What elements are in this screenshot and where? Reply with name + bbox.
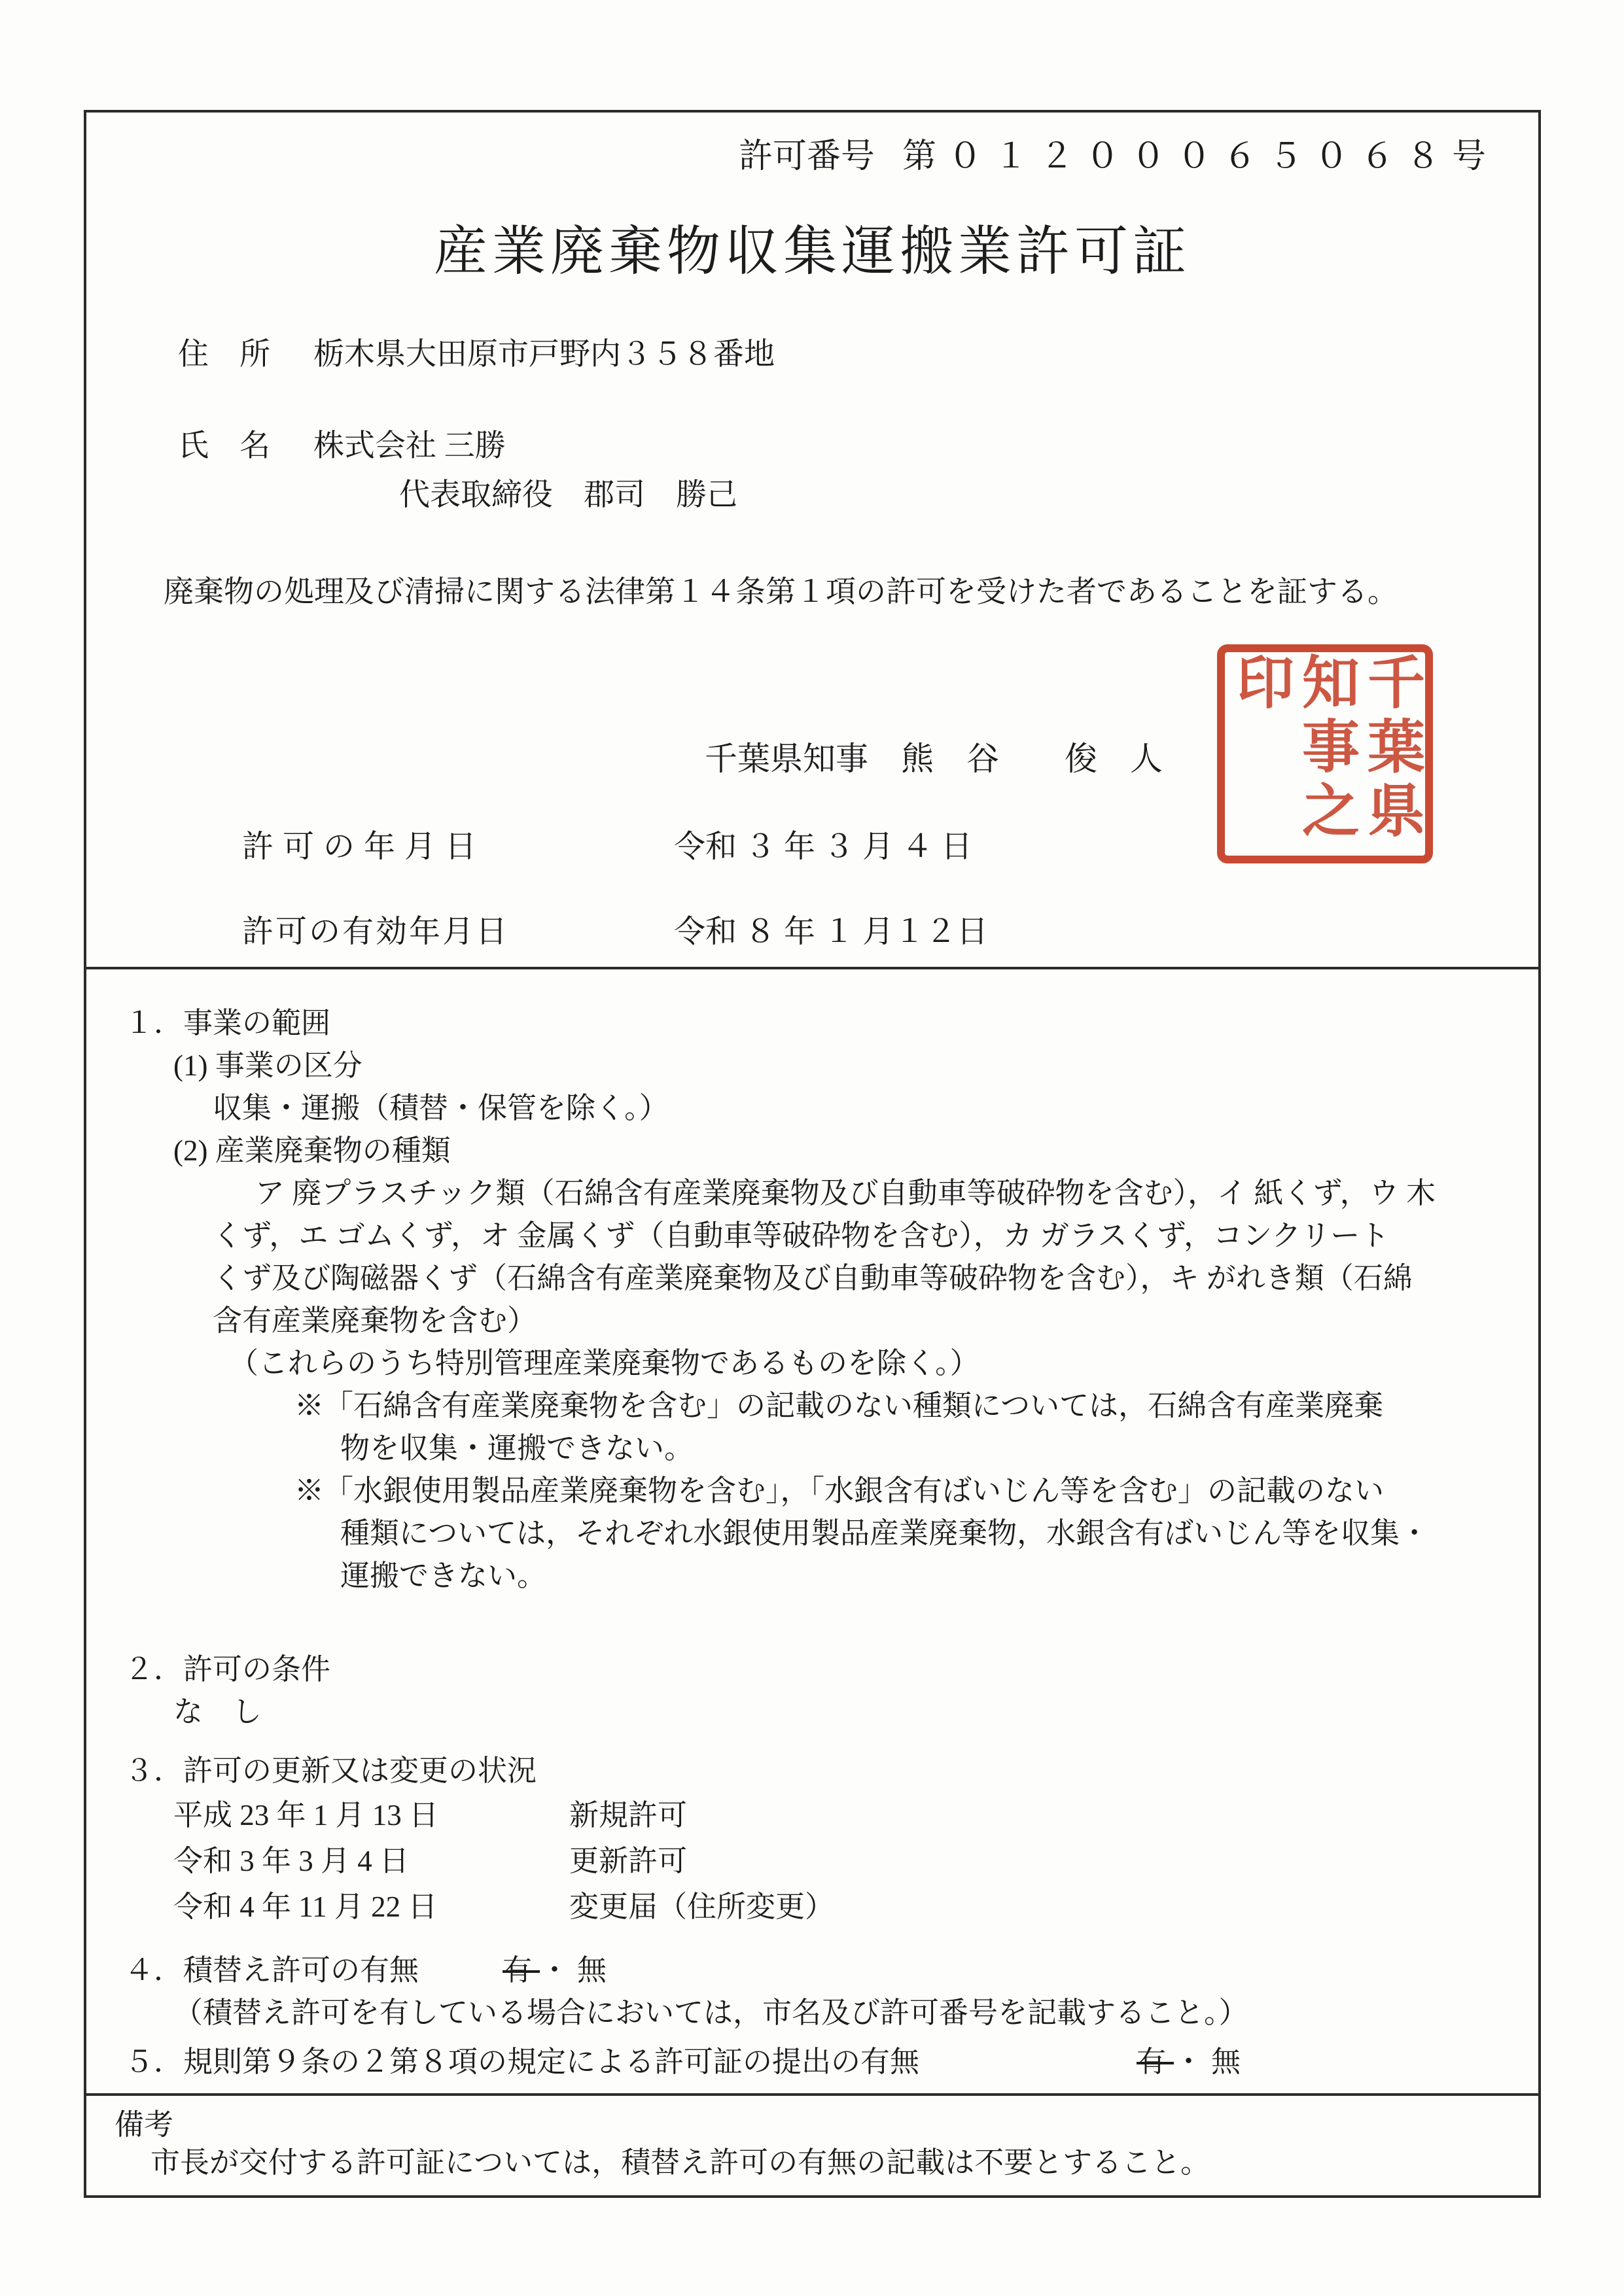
issuer-governor-line: 千葉県知事 熊 谷 俊 人 (705, 739, 1163, 778)
option-yes-struck: 有 (1137, 2045, 1174, 2078)
governor-seal-stamp: 千葉県知事之印 (1217, 644, 1433, 863)
expiry-date-row: 許可の有効年月日令和 ８ 年 １ 月１２日 (242, 913, 988, 952)
section2-value: な し (86, 1691, 1538, 1733)
history-date: 令和 4 年 11 月 22 日 (173, 1884, 569, 1930)
history-event: 変更届（住所変更） (569, 1890, 834, 1923)
remarks-label: 備考 (86, 2106, 1538, 2144)
section5-row: ５．規則第９条の２第８項の規定による許可証の提出の有無有・無 (86, 2041, 1538, 2083)
section5-heading: ５．規則第９条の２第８項の規定による許可証の提出の有無 (124, 2045, 919, 2078)
certification-text: 廃棄物の処理及び清掃に関する法律第１４条第１項の許可を受けた者であることを証する… (164, 572, 1398, 612)
remarks-text: 市長が交付する許可証については，積替え許可の有無の記載は不要とすること。 (86, 2144, 1538, 2182)
exclusion-note: （これらのうち特別管理産業廃棄物であるものを除く。） (86, 1342, 1538, 1385)
submission-yes-no: 有・無 (1137, 2045, 1248, 2078)
option-separator: ・ (1174, 2045, 1211, 2078)
permit-number-label: 許可番号 (739, 138, 875, 175)
history-event: 新規許可 (569, 1799, 687, 1832)
remarks-section: 備考 市長が交付する許可証については，積替え許可の有無の記載は不要とすること。 (86, 2093, 1538, 2195)
scanned-permit-page: 許可番号第０１２０００６５０６８号 産業廃棄物収集運搬業許可証 住 所栃木県大田… (0, 0, 1624, 2296)
permit-date-row: 許可の年月日令和 ３ 年 ３ 月 ４ 日 (242, 827, 972, 867)
permit-number-value: 第０１２０００６５０６８号 (902, 138, 1498, 175)
document-border-frame: 許可番号第０１２０００６５０６８号 産業廃棄物収集運搬業許可証 住 所栃木県大田… (84, 110, 1541, 2198)
option-yes-struck: 有 (503, 1954, 540, 1987)
history-date: 令和 3 年 3 月 4 日 (173, 1838, 569, 1884)
name-row: 氏 名株式会社 三勝 (178, 426, 506, 466)
section4-note: （積替え許可を有している場合においては，市名及び許可番号を記載すること。） (86, 1992, 1538, 2034)
waste-kinds-line: 含有産業廃棄物を含む） (86, 1300, 1538, 1342)
history-event: 更新許可 (569, 1845, 687, 1877)
section1-heading: １．事業の範囲 (86, 1002, 1538, 1045)
section1-sub1-heading: (1) 事業の区分 (86, 1045, 1538, 1087)
section2-heading: ２．許可の条件 (86, 1648, 1538, 1691)
waste-kinds-line: くず，エ ゴムくず，オ 金属くず（自動車等破砕物を含む），カ ガラスくず，コンク… (86, 1215, 1538, 1257)
seal-text: 千葉県知事之印 (1227, 652, 1423, 856)
history-row: 令和 3 年 3 月 4 日更新許可 (86, 1838, 1538, 1884)
address-value: 栃木県大田原市戸野内３５８番地 (313, 338, 775, 372)
name-label: 氏 名 (178, 429, 270, 463)
mercury-note-line: 種類については，それぞれ水銀使用製品産業廃棄物，水銀含有ばいじん等を収集・ (86, 1512, 1538, 1555)
asbestos-note-line: ※「石綿含有産業廃棄物を含む」の記載のない種類については，石綿含有産業廃棄 (86, 1385, 1538, 1427)
expiry-date-value: 令和 ８ 年 １ 月１２日 (674, 914, 988, 949)
section4-heading: ４．積替え許可の有無 (124, 1954, 419, 1987)
history-row: 令和 4 年 11 月 22 日変更届（住所変更） (86, 1884, 1538, 1930)
address-row: 住 所栃木県大田原市戸野内３５８番地 (178, 335, 775, 374)
section1-sub1-value: 収集・運搬（積替・保管を除く。） (86, 1087, 1538, 1130)
mercury-note-line: ※「水銀使用製品産業廃棄物を含む」，「水銀含有ばいじん等を含む」の記載のない (86, 1470, 1538, 1512)
mercury-note-line: 運搬できない。 (86, 1555, 1538, 1597)
conditions-section: １．事業の範囲 (1) 事業の区分 収集・運搬（積替・保管を除く。） (2) 産… (86, 967, 1538, 2093)
history-date: 平成 23 年 1 月 13 日 (173, 1792, 569, 1838)
permit-number: 許可番号第０１２０００６５０６８号 (739, 137, 1498, 177)
permit-date-label: 許可の年月日 (242, 827, 674, 867)
name-value: 株式会社 三勝 (313, 429, 506, 463)
address-label: 住 所 (178, 338, 270, 372)
history-row: 平成 23 年 1 月 13 日新規許可 (86, 1792, 1538, 1838)
transfer-yes-no: 有・無 (503, 1954, 614, 1987)
header-section: 許可番号第０１２０００６５０６８号 産業廃棄物収集運搬業許可証 住 所栃木県大田… (86, 113, 1538, 967)
option-no: 無 (1211, 2045, 1248, 2078)
section4-row: ４．積替え許可の有無有・無 (86, 1949, 1538, 1992)
option-no: 無 (577, 1954, 614, 1987)
section3-heading: ３．許可の更新又は変更の状況 (86, 1750, 1538, 1792)
representative-row: 代表取締役 郡司 勝己 (399, 476, 737, 515)
permit-date-value: 令和 ３ 年 ３ 月 ４ 日 (674, 829, 972, 864)
asbestos-note-line: 物を収集・運搬できない。 (86, 1427, 1538, 1470)
page-title: 産業廃棄物収集運搬業許可証 (86, 219, 1538, 285)
waste-kinds-line: くず及び陶磁器くず（石綿含有産業廃棄物及び自動車等破砕物を含む），キ がれき類（… (86, 1257, 1538, 1300)
section1-sub2-heading: (2) 産業廃棄物の種類 (86, 1130, 1538, 1172)
expiry-date-label: 許可の有効年月日 (242, 913, 674, 952)
option-separator: ・ (540, 1954, 577, 1987)
waste-kinds-line: ア 廃プラスチック類（石綿含有産業廃棄物及び自動車等破砕物を含む），イ 紙くず，… (86, 1172, 1538, 1215)
